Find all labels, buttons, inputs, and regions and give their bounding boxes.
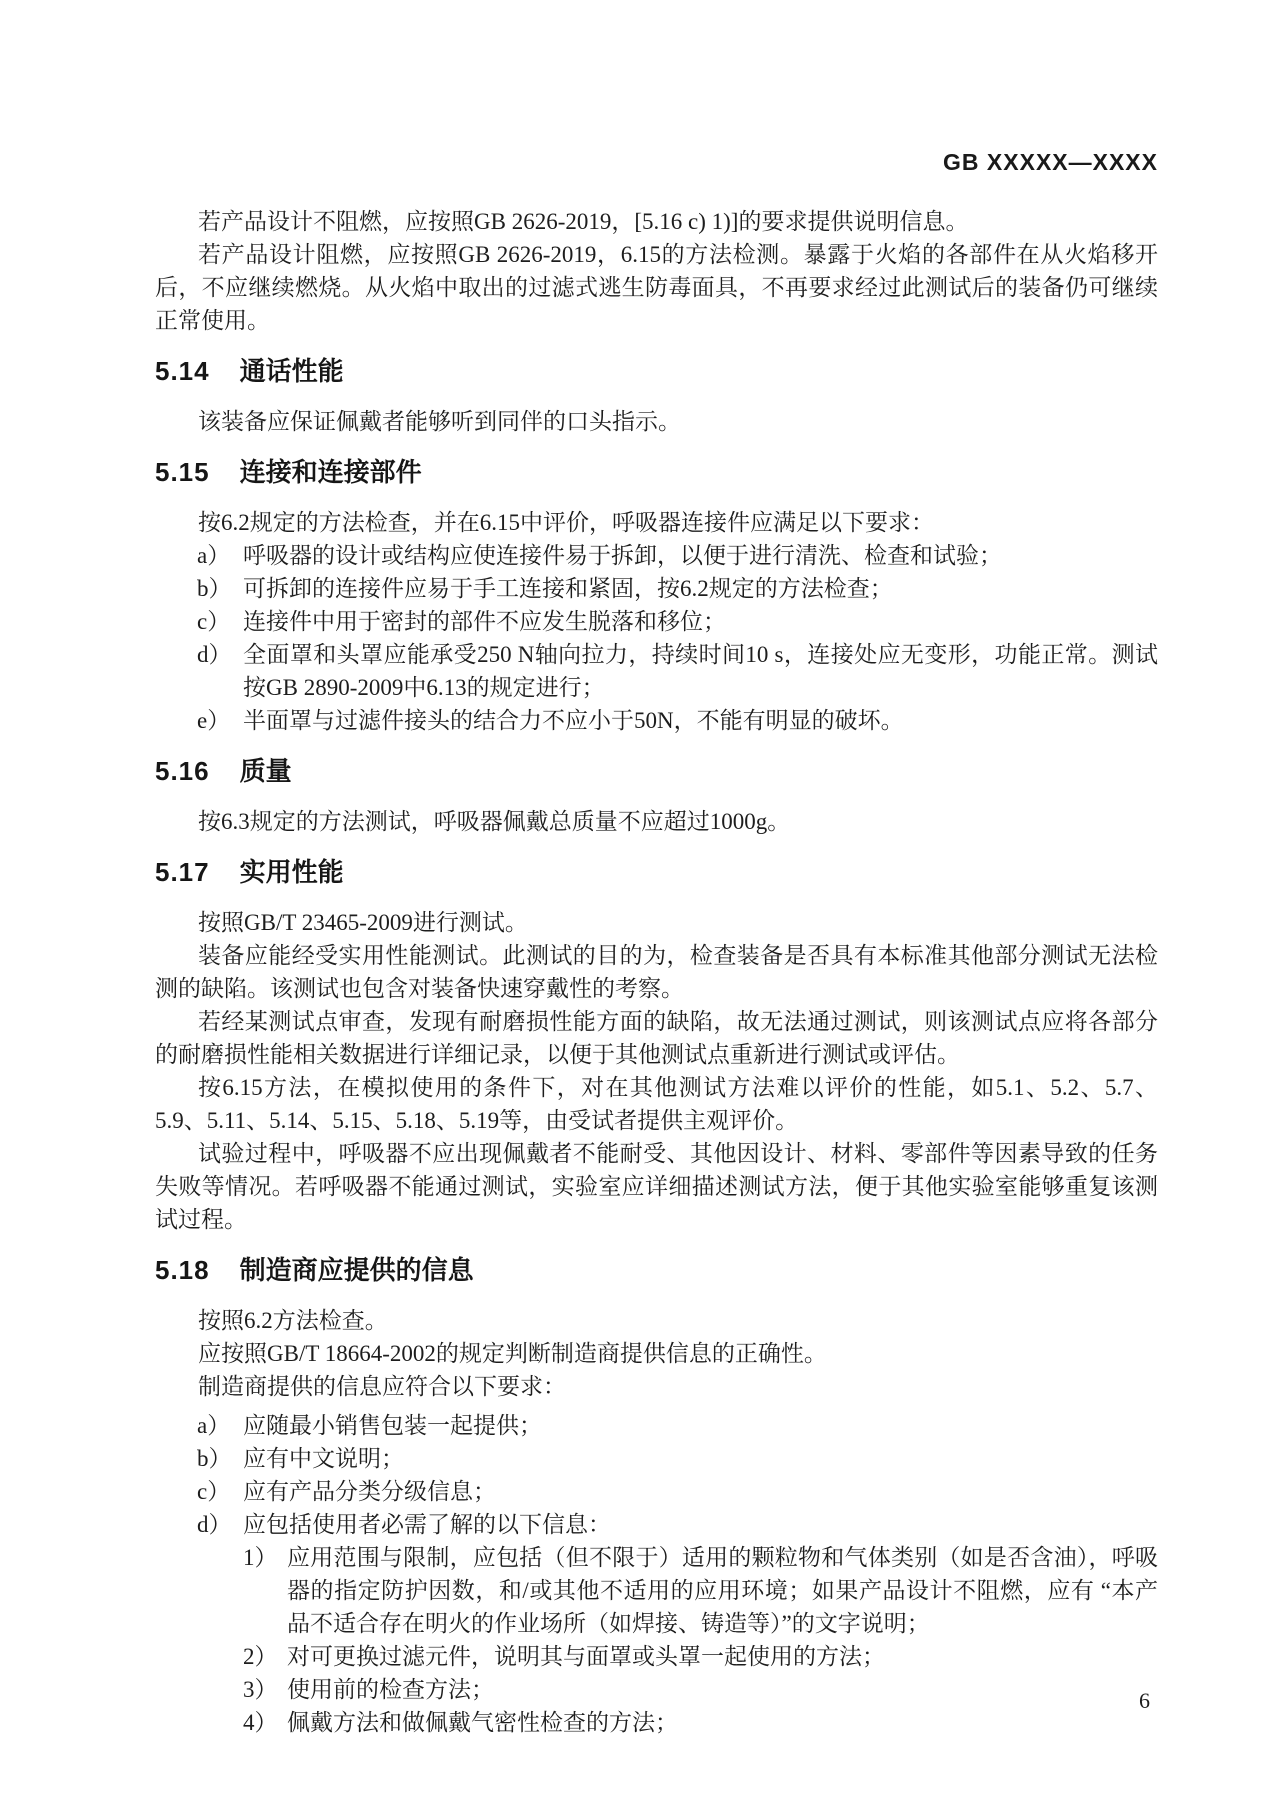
sublist-item-label: 2） [243, 1640, 287, 1673]
list-item-text: 全面罩和头罩应能承受250 N轴向拉力，持续时间10 s，连接处应无变形，功能正… [243, 638, 1158, 704]
sublist-item: 1） 应用范围与限制，应包括（但不限于）适用的颗粒物和气体类别（如是否含油），呼… [243, 1541, 1158, 1640]
section-number: 5.15 [155, 457, 210, 487]
list-item-label: c） [197, 1475, 243, 1508]
section-heading-5-15: 5.15连接和连接部件 [155, 456, 1158, 489]
page-number: 6 [1139, 1688, 1150, 1714]
paragraph: 按照6.2方法检查。 [155, 1304, 1158, 1337]
list-item-text: 应有中文说明； [243, 1442, 1158, 1475]
list-item-text: 呼吸器的设计或结构应使连接件易于拆卸，以便于进行清洗、检查和试验； [243, 539, 1158, 572]
list-item-label: b） [197, 1442, 243, 1475]
list-item: e） 半面罩与过滤件接头的结合力不应小于50N，不能有明显的破坏。 [197, 704, 1158, 737]
sublist-item: 3） 使用前的检查方法； [243, 1673, 1158, 1706]
paragraph: 若经某测试点审查，发现有耐磨损性能方面的缺陷，故无法通过测试，则该测试点应将各部… [155, 1005, 1158, 1071]
section-heading-5-16: 5.16质量 [155, 755, 1158, 788]
paragraph: 按6.2规定的方法检查，并在6.15中评价，呼吸器连接件应满足以下要求： [155, 506, 1158, 539]
section-title: 质量 [240, 756, 292, 786]
section-title: 通话性能 [240, 356, 344, 386]
list-item-text: 应包括使用者必需了解的以下信息： [243, 1508, 1158, 1541]
list-item: b） 可拆卸的连接件应易于手工连接和紧固，按6.2规定的方法检查； [197, 572, 1158, 605]
list-item: a） 应随最小销售包装一起提供； [197, 1409, 1158, 1442]
list-item-label: a） [197, 539, 243, 572]
list-item-text: 应有产品分类分级信息； [243, 1475, 1158, 1508]
sublist-item-label: 3） [243, 1673, 287, 1706]
section-number: 5.18 [155, 1255, 210, 1285]
paragraph: 该装备应保证佩戴者能够听到同伴的口头指示。 [155, 405, 1158, 438]
section-title: 制造商应提供的信息 [240, 1255, 474, 1285]
sublist-item-label: 4） [243, 1706, 287, 1739]
section-heading-5-18: 5.18制造商应提供的信息 [155, 1254, 1158, 1287]
list-item: c） 连接件中用于密封的部件不应发生脱落和移位； [197, 605, 1158, 638]
section-number: 5.14 [155, 356, 210, 386]
section-heading-5-17: 5.17实用性能 [155, 856, 1158, 889]
sublist-item-text: 佩戴方法和做佩戴气密性检查的方法； [287, 1706, 1158, 1739]
user-info-sublist: 1） 应用范围与限制，应包括（但不限于）适用的颗粒物和气体类别（如是否含油），呼… [243, 1541, 1158, 1739]
paragraph: 按照GB/T 23465-2009进行测试。 [155, 906, 1158, 939]
list-item-label: d） [197, 1508, 243, 1541]
paragraph: 制造商提供的信息应符合以下要求： [155, 1370, 1158, 1403]
sublist-item-label: 1） [243, 1541, 287, 1640]
intro-paragraph: 若产品设计不阻燃，应按照GB 2626-2019，[5.16 c) 1)]的要求… [155, 205, 1158, 238]
document-body: 若产品设计不阻燃，应按照GB 2626-2019，[5.16 c) 1)]的要求… [155, 205, 1158, 1739]
list-item: c） 应有产品分类分级信息； [197, 1475, 1158, 1508]
list-item-label: d） [197, 638, 243, 704]
list-item-text: 半面罩与过滤件接头的结合力不应小于50N，不能有明显的破坏。 [243, 704, 1158, 737]
sublist-item: 2） 对可更换过滤元件，说明其与面罩或头罩一起使用的方法； [243, 1640, 1158, 1673]
paragraph: 按6.15方法，在模拟使用的条件下，对在其他测试方法难以评价的性能，如5.1、5… [155, 1071, 1158, 1137]
paragraph: 按6.3规定的方法测试，呼吸器佩戴总质量不应超过1000g。 [155, 805, 1158, 838]
list-item-label: a） [197, 1409, 243, 1442]
list-item-label: e） [197, 704, 243, 737]
section-title: 实用性能 [240, 857, 344, 887]
list-item-text: 连接件中用于密封的部件不应发生脱落和移位； [243, 605, 1158, 638]
section-number: 5.17 [155, 857, 210, 887]
sublist-item: 4） 佩戴方法和做佩戴气密性检查的方法； [243, 1706, 1158, 1739]
standard-code-header: GB XXXXX—XXXX [943, 149, 1158, 176]
list-item-label: c） [197, 605, 243, 638]
sublist-item-text: 使用前的检查方法； [287, 1673, 1158, 1706]
paragraph: 装备应能经受实用性能测试。此测试的目的为，检查装备是否具有本标准其他部分测试无法… [155, 939, 1158, 1005]
sublist-item-text: 应用范围与限制，应包括（但不限于）适用的颗粒物和气体类别（如是否含油），呼吸器的… [287, 1541, 1158, 1640]
section-number: 5.16 [155, 756, 210, 786]
list-item: d） 应包括使用者必需了解的以下信息： [197, 1508, 1158, 1541]
list-item-label: b） [197, 572, 243, 605]
sublist-item-text: 对可更换过滤元件，说明其与面罩或头罩一起使用的方法； [287, 1640, 1158, 1673]
intro-paragraph: 若产品设计阻燃，应按照GB 2626-2019，6.15的方法检测。暴露于火焰的… [155, 238, 1158, 337]
list-item-text: 应随最小销售包装一起提供； [243, 1409, 1158, 1442]
document-page: GB XXXXX—XXXX 若产品设计不阻燃，应按照GB 2626-2019，[… [0, 0, 1280, 1810]
manufacturer-info-list: a） 应随最小销售包装一起提供； b） 应有中文说明； c） 应有产品分类分级信… [155, 1409, 1158, 1541]
list-item: a） 呼吸器的设计或结构应使连接件易于拆卸，以便于进行清洗、检查和试验； [197, 539, 1158, 572]
list-item-text: 可拆卸的连接件应易于手工连接和紧固，按6.2规定的方法检查； [243, 572, 1158, 605]
list-item: b） 应有中文说明； [197, 1442, 1158, 1475]
paragraph: 试验过程中，呼吸器不应出现佩戴者不能耐受、其他因设计、材料、零部件等因素导致的任… [155, 1137, 1158, 1236]
section-heading-5-14: 5.14通话性能 [155, 355, 1158, 388]
paragraph: 应按照GB/T 18664-2002的规定判断制造商提供信息的正确性。 [155, 1337, 1158, 1370]
list-item: d） 全面罩和头罩应能承受250 N轴向拉力，持续时间10 s，连接处应无变形，… [197, 638, 1158, 704]
section-title: 连接和连接部件 [240, 457, 422, 487]
